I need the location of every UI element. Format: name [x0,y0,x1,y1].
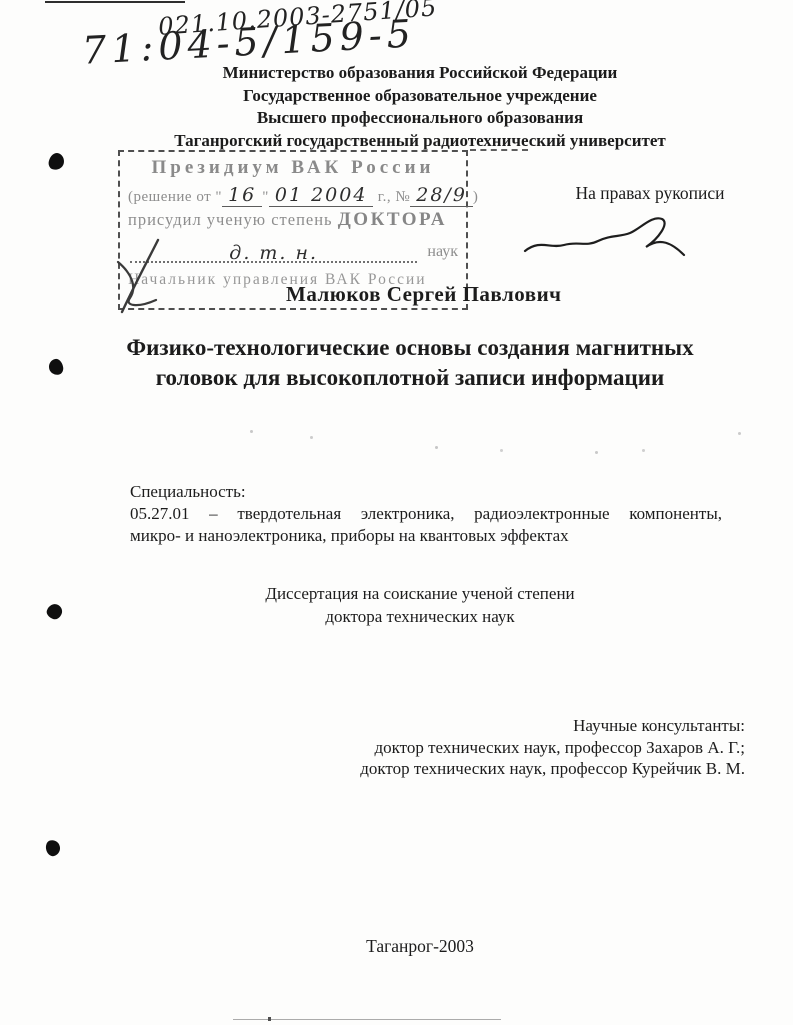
stamp-handwritten-degree-abbr: д. т. н. [223,242,324,264]
consultant-1: доктор технических наук, профессор Захар… [193,737,745,759]
specialty-block: Специальность: 05.27.01 – твердотельная … [130,481,722,547]
stamp-decision-line: (решение от "16"01 2004 г., №28/9) [128,184,458,206]
ink-blot [47,151,66,171]
title-line-2: головок для высокоплотной записи информа… [40,363,780,393]
ink-blot [44,838,62,857]
stamp-signature-flourish-icon [112,238,182,316]
degree-note-line-1: Диссертация на соискание ученой степени [50,583,790,606]
stamp-decision-quote: " [262,189,269,205]
scan-noise [250,430,253,433]
author-signature-icon [520,203,700,265]
scan-edge-line [45,1,185,3]
stamp-degree-line: присудил ученую степень ДОКТОРА [128,209,458,231]
stamp-handwritten-day: 16 [222,184,262,207]
title-line-1: Физико-технологические основы создания м… [40,333,780,363]
header-line-institution: Государственное образовательное учрежден… [50,85,790,108]
stamp-decision-prefix: (решение от " [128,189,222,205]
specialty-label: Специальность: [130,481,722,503]
consultants-label: Научные консультанты: [193,715,745,737]
consultant-2: доктор технических наук, профессор Курей… [193,758,745,780]
institution-header: Министерство образования Российской Феде… [50,62,790,152]
scan-bottom-line [233,1019,501,1020]
city-year: Таганрог-2003 [50,936,790,957]
header-line-university: Таганрогский государственный радиотехнич… [50,130,790,153]
author-name: Малюков Сергей Павлович [286,282,562,307]
stamp-presidium-line: Президиум ВАК России [128,157,458,179]
consultants-block: Научные консультанты: доктор технических… [193,715,745,780]
dissertation-title: Физико-технологические основы создания м… [40,333,780,393]
stamp-border-extension [470,149,528,151]
stamp-sciences-word: наук [427,243,458,261]
stamp-degree-prefix: присудил ученую степень [128,210,333,229]
stamp-handwritten-date: 01 2004 [269,184,374,207]
stamp-degree-word: ДОКТОРА [338,209,447,230]
stamp-decision-suffix: ) [473,189,479,205]
specialty-line-2: микро- и наноэлектроника, приборы на ква… [130,525,722,547]
stamp-handwritten-number: 28/9 [410,184,473,207]
header-line-ministry: Министерство образования Российской Феде… [50,62,790,85]
header-line-education: Высшего профессионального образования [50,107,790,130]
specialty-line-1: 05.27.01 – твердотельная электроника, ра… [130,503,722,525]
dissertation-degree-note: Диссертация на соискание ученой степени … [50,583,790,628]
degree-note-line-2: доктора технических наук [50,606,790,629]
manuscript-rights-note: На правах рукописи [545,183,755,204]
stamp-number-label: г., № [378,189,411,205]
